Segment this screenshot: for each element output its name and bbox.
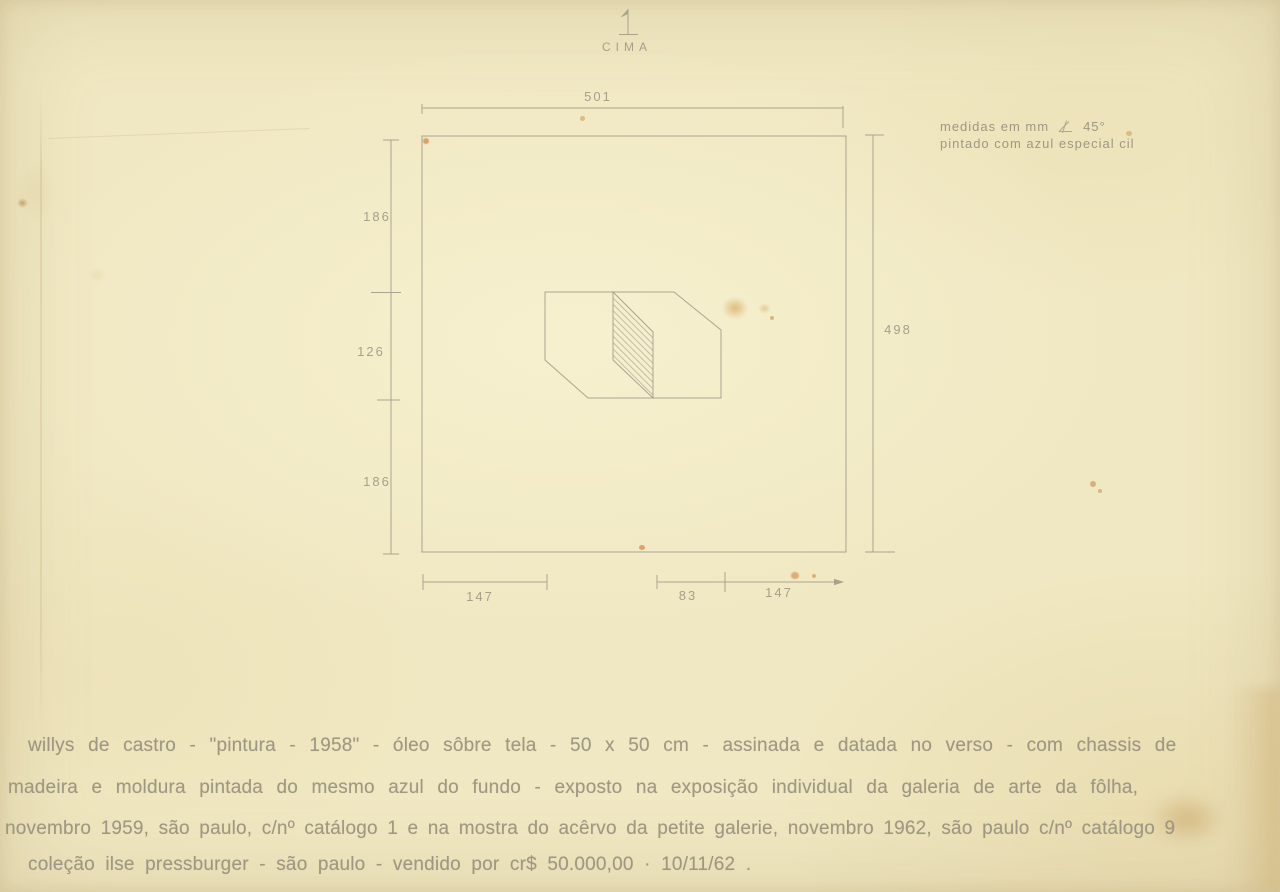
- dim-label-left-3: 186: [358, 474, 396, 489]
- up-arrow-icon: [619, 9, 638, 35]
- dim-line-bottom-left: [423, 574, 547, 590]
- dim-label-top-width: 501: [578, 89, 618, 104]
- caption-line-4: coleção ilse pressburger - são paulo - v…: [28, 854, 751, 876]
- note-units: medidas em mm 45°: [940, 118, 1134, 135]
- hatched-parallelogram: [613, 292, 653, 398]
- orientation-label: CIMA: [598, 40, 656, 54]
- dim-label-bottom-3: 147: [754, 585, 804, 600]
- dim-label-bottom-1: 147: [455, 589, 505, 604]
- caption-line-3: novembro 1959, são paulo, c/nº catálogo …: [5, 818, 1175, 840]
- note-units-text: medidas em mm: [940, 118, 1049, 135]
- dim-line-right: [865, 135, 895, 552]
- caption-line-1: willys de castro - "pintura - 1958" - ól…: [28, 735, 1176, 757]
- angle-icon: [1058, 120, 1074, 134]
- note-angle-value: 45°: [1083, 118, 1106, 135]
- dim-label-left-1: 186: [358, 209, 396, 224]
- dim-label-left-2: 126: [352, 344, 390, 359]
- paper-sheet: CIMA 501 186 126 186 498 147 83 147 medi…: [0, 0, 1280, 892]
- dim-label-bottom-2: 83: [668, 588, 708, 603]
- dim-label-right-height: 498: [876, 322, 920, 337]
- notes: medidas em mm 45° pintado com azul espec…: [940, 118, 1134, 152]
- caption-line-2: madeira e moldura pintada do mesmo azul …: [8, 777, 1138, 799]
- note-paint: pintado com azul especial cil: [940, 135, 1134, 152]
- dim-line-top: [422, 104, 843, 128]
